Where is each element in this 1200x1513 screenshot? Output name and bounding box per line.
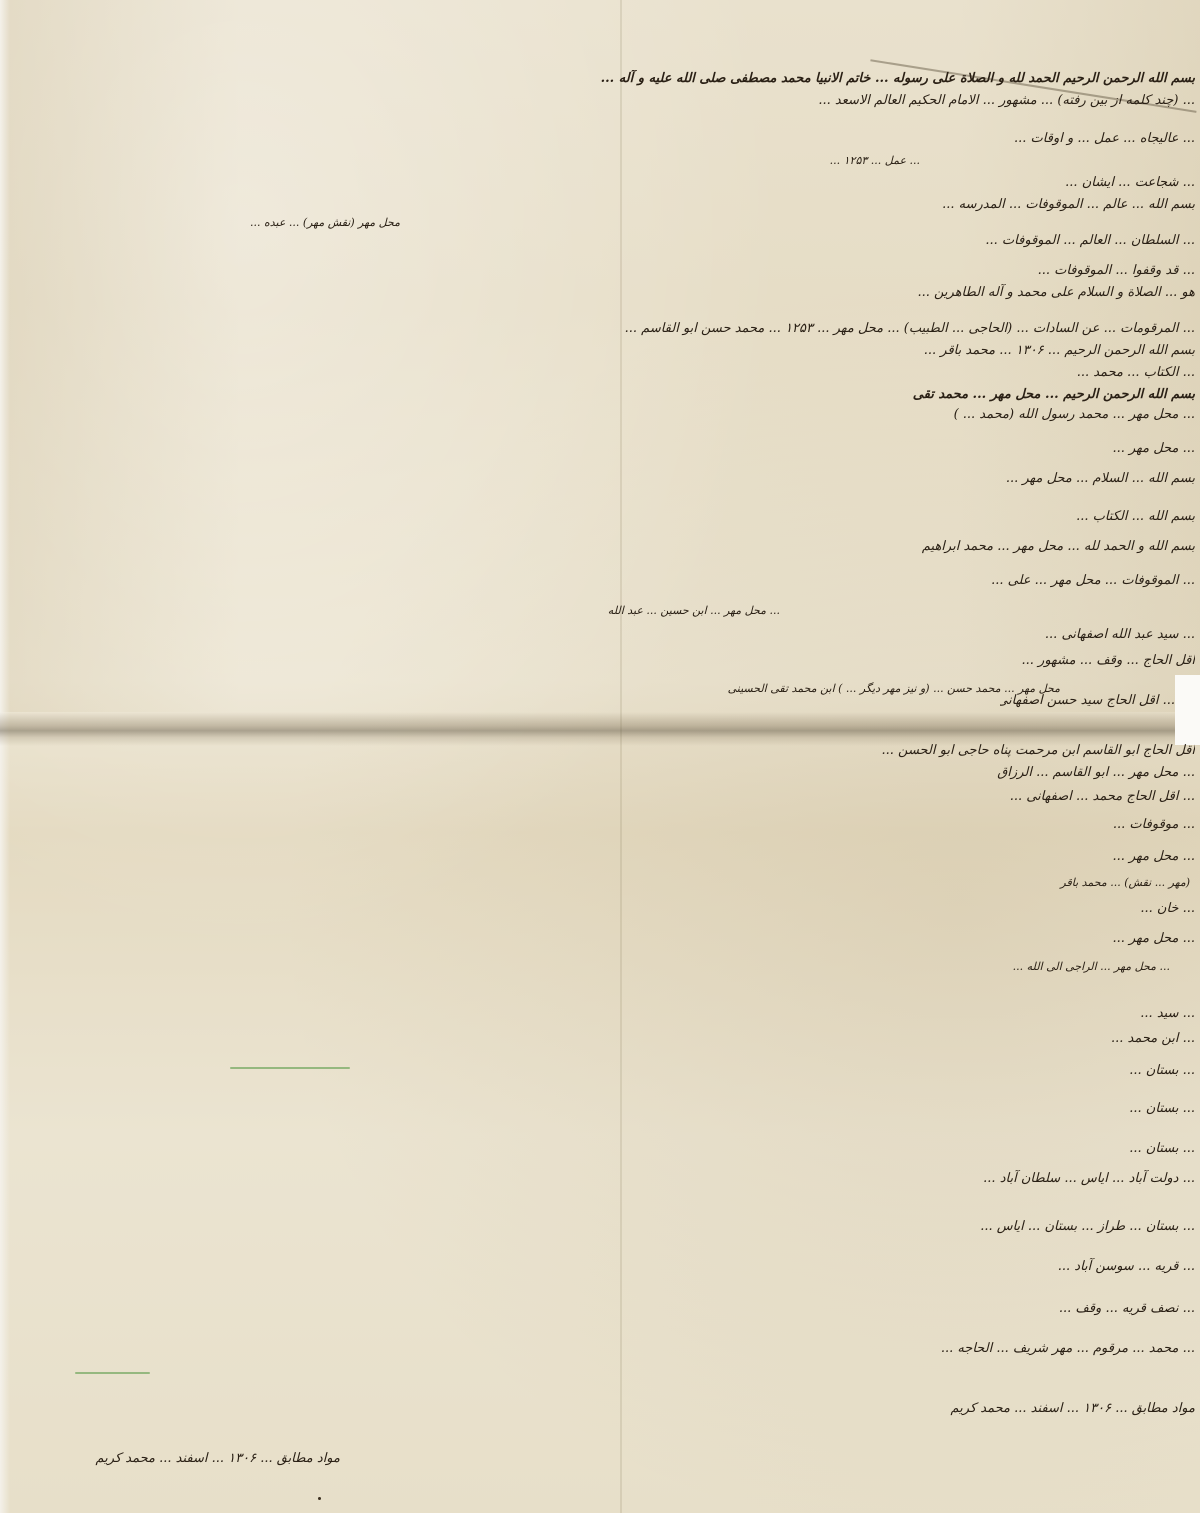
manuscript-line: ... الکتاب ... محمد ... — [10, 364, 1195, 382]
manuscript-line: ... قد وقفوا ... الموقوفات ... — [10, 262, 1195, 280]
manuscript-line: ... محل مهر ... محمد رسول الله (محمد ...… — [10, 406, 1195, 424]
manuscript-line: اقل الحاج ... وقف ... مشهور ... — [10, 652, 1195, 670]
manuscript-line: ... عالیجاه ... عمل ... و اوقات ... — [10, 130, 1195, 148]
manuscript-line: بسم الله ... السلام ... محل مهر ... — [10, 470, 1195, 488]
manuscript-line: ... عمل ... ۱۲۵۳ ... — [20, 152, 920, 170]
seal-caption: (مهر ... نقش) ... محمد باقر — [520, 874, 1190, 892]
manuscript-line: بسم الله ... عالم ... الموقوفات ... المد… — [10, 196, 1195, 214]
manuscript-line: بسم الله الرحمن الرحیم ... محل مهر ... م… — [10, 386, 1195, 404]
manuscript-line: مواد مطابق ... ۱۳۰۶ ... اسفند ... محمد ک… — [10, 1400, 1195, 1418]
manuscript-line: ... سید ... — [10, 1005, 1195, 1023]
manuscript-line: ... محل مهر ... — [10, 848, 1195, 866]
manuscript-line: ... بستان ... — [10, 1062, 1195, 1080]
manuscript-line: ... الموقوفات ... محل مهر ... علی ... — [10, 572, 1195, 590]
manuscript-line: ... دولت آباد ... ایاس ... سلطان آباد ..… — [10, 1170, 1195, 1188]
manuscript-line: ... بستان ... طراز ... بستان ... ایاس ..… — [10, 1218, 1195, 1236]
seal-caption: ... محل مهر ... الراجی الی الله ... — [450, 958, 1170, 976]
ink-dot — [318, 1497, 321, 1500]
manuscript-line: ... اقل الحاج محمد ... اصفهانی ... — [10, 788, 1195, 806]
manuscript-line: بسم الله الرحمن الرحیم ... ۱۳۰۶ ... محمد… — [200, 342, 1195, 360]
seal-caption: محل مهر (نقش مهر) ... عبده ... — [20, 214, 400, 232]
green-annotation-underline — [230, 1067, 350, 1069]
manuscript-line: بسم الله الرحمن الرحیم الحمد لله و الصلا… — [10, 70, 1195, 88]
green-annotation-underline — [75, 1372, 150, 1374]
manuscript-line: ... بستان ... — [10, 1140, 1195, 1158]
manuscript-line: ... نصف قریه ... وقف ... — [10, 1300, 1195, 1318]
manuscript-line: ... خان ... — [10, 900, 1195, 918]
manuscript-line: ... ابن محمد ... — [10, 1030, 1195, 1048]
manuscript-line: هو ... الصلاة و السلام علی محمد و آله ال… — [10, 284, 1195, 302]
manuscript-line: ... (چند کلمه از بین رفته) ... مشهور ...… — [10, 92, 1195, 110]
closing-signature-line: مواد مطابق ... ۱۳۰۶ ... اسفند ... محمد ک… — [40, 1450, 340, 1468]
manuscript-line: ... شجاعت ... ایشان ... — [10, 174, 1195, 192]
manuscript-line: ... المرقومات ... عن السادات ... (الحاجی… — [10, 320, 1195, 338]
manuscript-line: اقل الحاج ابو القاسم ابن مرحمت پناه حاجی… — [10, 742, 1195, 760]
manuscript-line: بسم الله و الحمد لله ... محل مهر ... محم… — [10, 538, 1195, 556]
manuscript-line: ... قریه ... سوسن آباد ... — [10, 1258, 1195, 1276]
manuscript-line: ... محل مهر ... — [10, 440, 1195, 458]
sheet-gap — [1175, 675, 1200, 745]
horizontal-fold-tear — [0, 712, 1200, 746]
manuscript-line: ... موقوفات ... — [10, 816, 1195, 834]
manuscript-line: ... سید عبد الله اصفهانی ... — [10, 626, 1195, 644]
manuscript-line: ... محل مهر ... ابو القاسم ... الرزاق — [120, 764, 1195, 782]
scanned-manuscript-page: بسم الله الرحمن الرحیم الحمد لله و الصلا… — [0, 0, 1200, 1513]
torn-left-edge — [0, 0, 10, 1513]
seal-caption: ... محل مهر ... ابن حسین ... عبد الله — [380, 602, 780, 620]
manuscript-line: بسم الله ... الکتاب ... — [10, 508, 1195, 526]
manuscript-line: ... محمد ... مرقوم ... مهر شریف ... الحا… — [10, 1340, 1195, 1358]
manuscript-line: ... بستان ... — [10, 1100, 1195, 1118]
seal-caption: محل مهر ... محمد حسن ... (و نیز مهر دیگر… — [540, 680, 1060, 698]
signature-line: ... اقل الحاج سید حسن اصفهانی — [1000, 692, 1175, 710]
manuscript-line: ... محل مهر ... — [10, 930, 1195, 948]
manuscript-line: ... السلطان ... العالم ... الموقوفات ... — [10, 232, 1195, 250]
